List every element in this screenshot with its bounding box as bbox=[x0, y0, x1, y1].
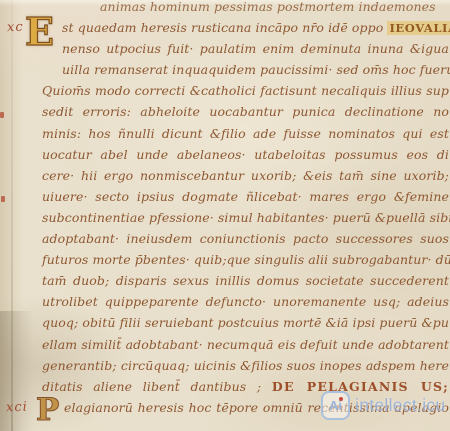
text-block: animas hominum pessimas postmortem indae… bbox=[42, 0, 449, 418]
text-line: subcontinentiae pfessione· simul habitan… bbox=[42, 207, 449, 228]
line-text: st quaedam heresis rusticana incāpo nr̄o… bbox=[62, 20, 383, 35]
text-line: adoptabant· ineiusdem coniunctionis pact… bbox=[42, 228, 449, 249]
line-text: ditatis aliene libent̄ dantibus ; bbox=[42, 379, 261, 394]
text-line: ellam similit̄ adobtabant· necumquā eis … bbox=[42, 334, 449, 355]
text-line: quoq; obitū filii seruiebant postcuius m… bbox=[42, 312, 449, 333]
text-line: generantib; circūquaq; uicinis &filios s… bbox=[42, 355, 449, 376]
text-line: st quaedam heresis rusticana incāpo nr̄o… bbox=[42, 17, 449, 38]
text-line: utrolibet quippeparente defuncto· unorem… bbox=[42, 291, 449, 312]
watermark-ai-logo-icon: Ai bbox=[321, 391, 350, 420]
text-line: uilla remanserat inquaquidem paucissimi·… bbox=[42, 59, 449, 80]
highlighted-rubric: IEOVALIA ; bbox=[387, 21, 450, 35]
text-line: uiuere· secto ipsius dogmate ñlicebat· m… bbox=[42, 186, 449, 207]
text-line: nenso utpocius fuit· paulatim enim demin… bbox=[42, 38, 449, 59]
red-margin-tick bbox=[0, 112, 4, 118]
text-line: Quiom̄s modo correcti &catholici factisu… bbox=[42, 80, 449, 101]
watermark-site-text: intellect.icu bbox=[355, 395, 445, 416]
text-line: futuros morte p̄bentes· quib;que singuli… bbox=[42, 249, 449, 270]
text-line: sedit erroris: abheloite uocabantur puni… bbox=[42, 101, 449, 122]
text-line: animas hominum pessimas postmortem indae… bbox=[42, 0, 449, 17]
watermark: Ai intellect.icu bbox=[321, 391, 445, 420]
text-line: uocatur abel unde abelaneos· utabeloitas… bbox=[42, 144, 449, 165]
text-line: cere· hii ergo nonmiscebantur uxorib; &e… bbox=[42, 165, 449, 186]
text-line: tam̄ duob; disparis sexus inillis domus … bbox=[42, 270, 449, 291]
text-line: minis: hos ñnulli dicunt &filio ade fuis… bbox=[42, 123, 449, 144]
manuscript-page-photo: xc xci E P animas hominum pessimas postm… bbox=[0, 0, 450, 431]
red-margin-tick bbox=[1, 196, 5, 202]
chapter-number-xc: xc bbox=[7, 20, 24, 36]
chapter-number-xci: xci bbox=[6, 400, 28, 416]
